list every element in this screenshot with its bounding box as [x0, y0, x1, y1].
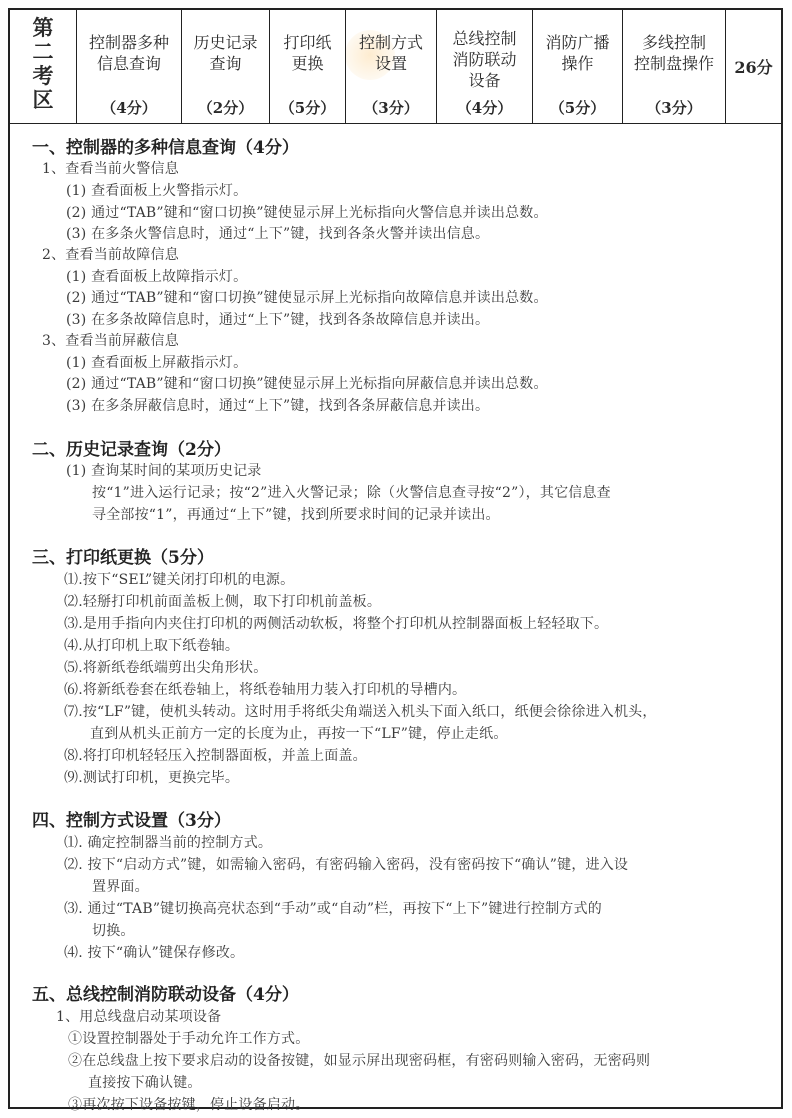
- col-score: （5分）: [533, 97, 622, 118]
- step-line: 直接按下确认键。: [88, 1072, 202, 1092]
- header-col-history: 历史记录 查询 （2分）: [182, 10, 270, 123]
- step-line: ⑸.将新纸卷纸端剪出尖角形状。: [64, 657, 267, 677]
- col-title: 控制方式 设置: [346, 32, 436, 74]
- header-col-broadcast: 消防广播 操作 （5分）: [533, 10, 623, 123]
- step-line: ⑼.测试打印机，更换完毕。: [64, 767, 239, 787]
- step-line: 置界面。: [92, 876, 149, 896]
- content-body: 一、控制器的多种信息查询（4分） 1、查看当前火警信息 (1) 查看面板上火警指…: [10, 123, 781, 1107]
- section-title: 五、总线控制消防联动设备（4分）: [32, 980, 299, 1005]
- step-line: (1) 查看面板上屏蔽指示灯。: [66, 352, 247, 372]
- step-line: 寻全部按“1”，再通过“上下”键，找到所要求时间的记录并读出。: [92, 504, 500, 524]
- section-title: 二、历史记录查询（2分）: [32, 435, 231, 460]
- step-line: ⑻.将打印机轻轻压入控制器面板，并盖上面盖。: [64, 745, 367, 765]
- step-line: 切换。: [92, 920, 135, 940]
- step-line: ⑵. 按下“启动方式”键，如需输入密码，有密码输入密码，没有密码按下“确认”键，…: [64, 854, 628, 874]
- step-line: (1) 查看面板上火警指示灯。: [66, 180, 247, 200]
- col-score: （3分）: [623, 97, 725, 118]
- col-score: （3分）: [346, 97, 436, 118]
- section-title: 一、控制器的多种信息查询（4分）: [32, 133, 299, 158]
- section-title: 三、打印纸更换（5分）: [32, 543, 214, 568]
- step-line: 按“1”进入运行记录；按“2”进入火警记录；除（火警信息查寻按“2”），其它信息…: [92, 482, 611, 502]
- header-col-multiline: 多线控制 控制盘操作 （3分）: [623, 10, 726, 123]
- step-line: (1) 查询某时间的某项历史记录: [66, 460, 261, 480]
- step-line: ⑶.是用手指向内夹住打印机的两侧活动软板，将整个打印机从控制器面板上轻轻取下。: [64, 613, 608, 633]
- col-score: （4分）: [437, 97, 532, 118]
- total-score: 26分: [726, 10, 781, 123]
- col-score: （2分）: [182, 97, 269, 118]
- step-line: 直到从机头正前方一定的长度为止，再按一下“LF”键，停止走纸。: [90, 723, 508, 743]
- sub-heading: 1、用总线盘启动某项设备: [56, 1006, 221, 1026]
- step-line: ⑴.按下“SEL”键关闭打印机的电源。: [64, 569, 294, 589]
- step-line: (2) 通过“TAB”键和“窗口切换”键使显示屏上光标指向故障信息并读出总数。: [66, 287, 548, 307]
- col-title: 多线控制 控制盘操作: [623, 32, 725, 74]
- step-line: ⑷.从打印机上取下纸卷轴。: [64, 635, 239, 655]
- col-title: 控制器多种 信息查询: [77, 32, 181, 74]
- zone-char: 区: [33, 88, 54, 112]
- sub-heading: 2、查看当前故障信息: [42, 244, 179, 264]
- header-col-control-mode: 控制方式 设置 （3分）: [346, 10, 437, 123]
- zone-char: 第: [33, 16, 54, 40]
- step-line: ①设置控制器处于手动允许工作方式。: [68, 1028, 309, 1048]
- step-line: ③再次按下设备按键，停止设备启动。: [68, 1094, 309, 1114]
- header-col-bus-linkage: 总线控制 消防联动 设备 （4分）: [437, 10, 533, 123]
- step-line: ⑵.轻掰打印机前面盖板上侧，取下打印机前盖板。: [64, 591, 381, 611]
- step-line: (3) 在多条火警信息时，通过“上下”键，找到各条火警并读出信息。: [66, 223, 489, 243]
- step-line: ⑴. 确定控制器当前的控制方式。: [64, 832, 272, 852]
- col-score: （5分）: [270, 97, 345, 118]
- col-title: 历史记录 查询: [182, 32, 269, 74]
- col-title: 总线控制 消防联动 设备: [437, 28, 532, 91]
- step-line: ⑹.将新纸卷套在纸卷轴上，将纸卷轴用力装入打印机的导槽内。: [64, 679, 466, 699]
- step-line: (2) 通过“TAB”键和“窗口切换”键使显示屏上光标指向屏蔽信息并读出总数。: [66, 373, 548, 393]
- sub-heading: 1、查看当前火警信息: [42, 158, 179, 178]
- col-title: 打印纸 更换: [270, 32, 345, 74]
- step-line: (1) 查看面板上故障指示灯。: [66, 266, 247, 286]
- col-title: 消防广播 操作: [533, 32, 622, 74]
- zone-char: 二: [33, 40, 54, 64]
- sub-heading: 3、查看当前屏蔽信息: [42, 330, 179, 350]
- header-col-paper: 打印纸 更换 （5分）: [270, 10, 346, 123]
- header-col-info-query: 控制器多种 信息查询 （4分）: [77, 10, 182, 123]
- step-line: ⑺.按“LF”键，使机头转动。这时用手将纸尖角端送入机头下面入纸口，纸便会徐徐进…: [64, 701, 657, 721]
- step-line: ②在总线盘上按下要求启动的设备按键，如显示屏出现密码框，有密码则输入密码，无密码…: [68, 1050, 650, 1070]
- step-line: ⑷. 按下“确认”键保存修改。: [64, 942, 244, 962]
- step-line: (3) 在多条屏蔽信息时，通过“上下”键，找到各条屏蔽信息并读出。: [66, 395, 489, 415]
- exam-sheet: 第 二 考 区 控制器多种 信息查询 （4分） 历史记录 查询 （2分） 打印纸…: [8, 8, 783, 1109]
- zone-char: 考: [33, 64, 54, 88]
- section-title: 四、控制方式设置（3分）: [32, 806, 231, 831]
- step-line: ⑶. 通过“TAB”键切换高亮状态到“手动”或“自动”栏，再按下“上下”键进行控…: [64, 898, 602, 918]
- col-score: （4分）: [77, 97, 181, 118]
- zone-label: 第 二 考 区: [10, 10, 77, 123]
- step-line: (2) 通过“TAB”键和“窗口切换”键使显示屏上光标指向火警信息并读出总数。: [66, 202, 548, 222]
- step-line: (3) 在多条故障信息时，通过“上下”键，找到各条故障信息并读出。: [66, 309, 489, 329]
- header-row: 第 二 考 区 控制器多种 信息查询 （4分） 历史记录 查询 （2分） 打印纸…: [10, 10, 781, 124]
